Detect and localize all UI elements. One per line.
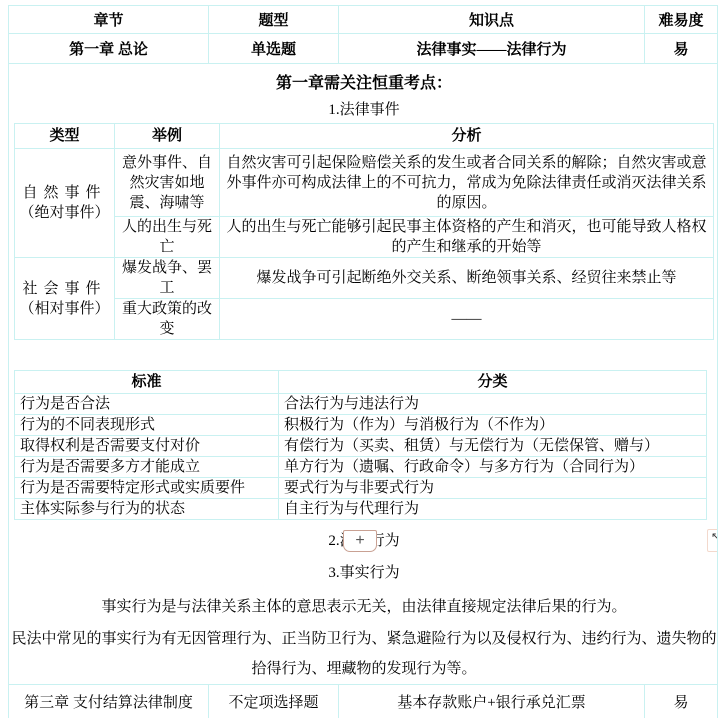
classify-row-consideration: 取得权利是否需要支付对价 有偿行为（买卖、租赁）与无偿行为（无偿保管、赠与） [15, 436, 707, 457]
standard-expression: 行为的不同表现形式 [15, 415, 279, 436]
grid-row-chapter1: 第一章 总论 单选题 法律事实——法律行为 易 [9, 34, 718, 64]
events-row-natural-2: 人的出生与死亡 人的出生与死亡能够引起民事主体资格的产生和消灭，也可能导致人格权… [15, 217, 714, 258]
resize-arrow-nw-icon: ↖ [711, 530, 718, 543]
classify-row-expression: 行为的不同表现形式 积极行为（作为）与消极行为（不作为） [15, 415, 707, 436]
events-header-type: 类型 [15, 124, 115, 149]
exam-points-grid: 章节 题型 知识点 难易度 第一章 总论 单选题 法律事实——法律行为 易 第一… [8, 5, 718, 718]
grid-header-difficulty: 难易度 [645, 6, 718, 34]
example-policy-change: 重大政策的改变 [115, 299, 220, 340]
grid-header-row: 章节 题型 知识点 难易度 [9, 6, 718, 34]
grid-row-chapter3: 第三章 支付结算法律制度 不定项选择题 基本存款账户+银行承兑汇票 易 [9, 685, 718, 718]
analysis-policy-dash: —— [220, 299, 714, 340]
factual-act-definition: 事实行为是与法律关系主体的意思表示无关，由法律直接规定法律后果的行为。 [11, 596, 717, 618]
standard-consideration: 取得权利是否需要支付对价 [15, 436, 279, 457]
civil-law-examples: 民法中常见的事实行为有无因管理行为、正当防卫行为、紧急避险行为以及侵权行为、违约… [11, 624, 717, 684]
chapter3-knowledge: 基本存款账户+银行承兑汇票 [339, 685, 645, 718]
analysis-birth-death: 人的出生与死亡能够引起民事主体资格的产生和消灭，也可能导致人格权的产生和继承的开… [220, 217, 714, 258]
standard-form: 行为是否需要特定形式或实质要件 [15, 478, 279, 499]
after-table-zone: + ↖ ↘ 2.法律行为 3.事实行为 事实行为是与法律关系主体的意思表示无关，… [9, 530, 717, 684]
events-row-natural-1: 自然事件 （绝对事件） 意外事件、自然灾害如地震、海啸等 自然灾害可引起保险赔偿… [15, 149, 714, 217]
behavior-classification-table: 标准 分类 行为是否合法 合法行为与违法行为 行为的不同表现形式 积极行为（作为… [14, 370, 707, 520]
classify-row-form: 行为是否需要特定形式或实质要件 要式行为与非要式行为 [15, 478, 707, 499]
example-accident-disaster: 意外事件、自然灾害如地震、海啸等 [115, 149, 220, 217]
events-header-row: 类型 举例 分析 [15, 124, 714, 149]
chapter3-name: 第三章 支付结算法律制度 [9, 685, 209, 718]
classify-row-parties: 行为是否需要多方才能成立 单方行为（遗嘱、行政命令）与多方行为（合同行为） [15, 457, 707, 478]
events-header-example: 举例 [115, 124, 220, 149]
events-header-analysis: 分析 [220, 124, 714, 149]
analysis-war: 爆发战争可引起断绝外交关系、断绝领事关系、经贸往来禁止等 [220, 258, 714, 299]
legal-events-table: 类型 举例 分析 自然事件 （绝对事件） 意外事件、自然灾害如地震、海啸等 自然… [14, 123, 714, 340]
note-item-factual-acts: 3.事实行为 [11, 562, 717, 584]
blank-paragraph [9, 340, 717, 370]
add-table-row-button[interactable]: + [343, 530, 377, 552]
chapter1-knowledge: 法律事实——法律行为 [339, 34, 645, 64]
classify-row-legality: 行为是否合法 合法行为与违法行为 [15, 394, 707, 415]
natural-event-name: 自然事件 [19, 183, 110, 203]
grid-header-qtype: 题型 [209, 6, 339, 34]
category-parties: 单方行为（遗嘱、行政命令）与多方行为（合同行为） [279, 457, 707, 478]
classify-row-participation: 主体实际参与行为的状态 自主行为与代理行为 [15, 499, 707, 520]
social-event-name: 社会事件 [19, 279, 110, 299]
social-event-type-cell: 社会事件 （相对事件） [15, 258, 115, 340]
notes-cell: 第一章需关注恒重考点： 1.法律事件 类型 举例 分析 自然事件 （绝对事件） … [9, 64, 718, 685]
example-war-strike: 爆发战争、罢工 [115, 258, 220, 299]
table-resize-handle[interactable]: ↖ ↘ [707, 529, 718, 552]
social-event-paren: （相对事件） [19, 299, 110, 319]
classify-header-row: 标准 分类 [15, 371, 707, 394]
chapter3-qtype: 不定项选择题 [209, 685, 339, 718]
category-expression: 积极行为（作为）与消极行为（不作为） [279, 415, 707, 436]
chapter1-name: 第一章 总论 [9, 34, 209, 64]
natural-event-paren: （绝对事件） [19, 203, 110, 223]
category-participation: 自主行为与代理行为 [279, 499, 707, 520]
chapter1-difficulty: 易 [645, 34, 718, 64]
natural-event-type-cell: 自然事件 （绝对事件） [15, 149, 115, 258]
standard-legality: 行为是否合法 [15, 394, 279, 415]
events-row-social-2: 重大政策的改变 —— [15, 299, 714, 340]
chapter1-qtype: 单选题 [209, 34, 339, 64]
grid-header-knowledge: 知识点 [339, 6, 645, 34]
grid-content-row: 第一章需关注恒重考点： 1.法律事件 类型 举例 分析 自然事件 （绝对事件） … [9, 64, 718, 685]
classify-header-standard: 标准 [15, 371, 279, 394]
analysis-disaster: 自然灾害可引起保险赔偿关系的发生或者合同关系的解除；自然灾害或意外事件亦可构成法… [220, 149, 714, 217]
standard-parties: 行为是否需要多方才能成立 [15, 457, 279, 478]
classify-header-category: 分类 [279, 371, 707, 394]
notes-heading: 第一章需关注恒重考点： [11, 70, 717, 98]
category-consideration: 有偿行为（买卖、租赁）与无偿行为（无偿保管、赠与） [279, 436, 707, 457]
category-form: 要式行为与非要式行为 [279, 478, 707, 499]
category-legality: 合法行为与违法行为 [279, 394, 707, 415]
chapter3-difficulty: 易 [645, 685, 718, 718]
note-item-legal-events: 1.法律事件 [11, 98, 717, 123]
standard-participation: 主体实际参与行为的状态 [15, 499, 279, 520]
grid-header-chapter: 章节 [9, 6, 209, 34]
example-birth-death: 人的出生与死亡 [115, 217, 220, 258]
events-row-social-1: 社会事件 （相对事件） 爆发战争、罢工 爆发战争可引起断绝外交关系、断绝领事关系… [15, 258, 714, 299]
